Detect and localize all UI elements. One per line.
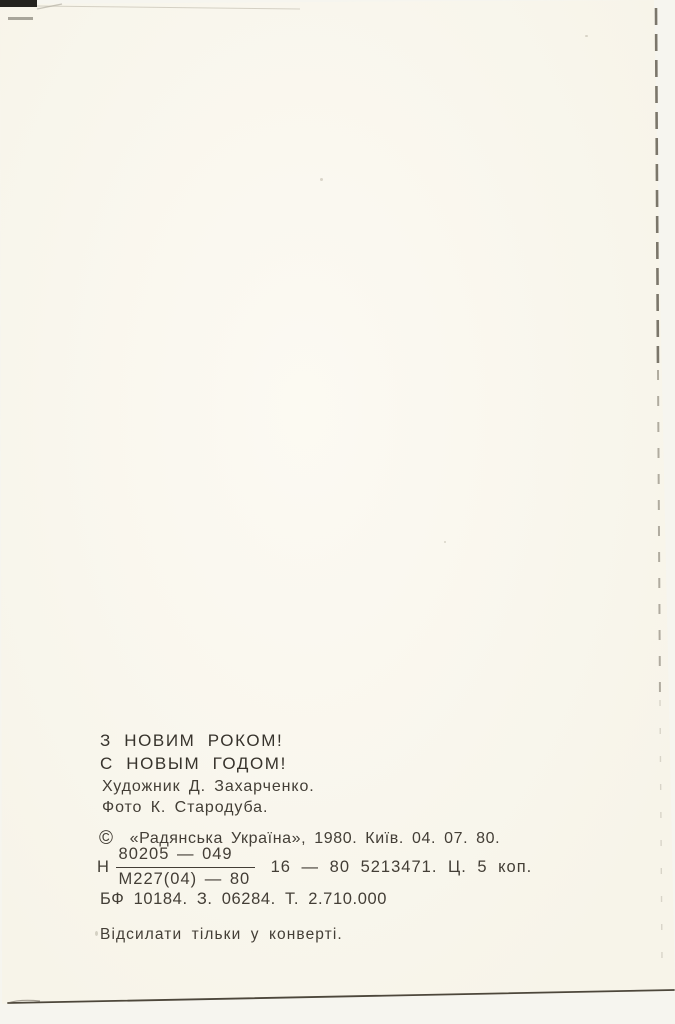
artist-credit: Художник Д. Захарченко. <box>102 778 315 796</box>
greeting-russian: С НОВЫМ ГОДОМ! <box>100 754 287 774</box>
greeting-ukrainian: З НОВИМ РОКОМ! <box>100 731 283 751</box>
mailing-note: Відсилати тільки у конверті. <box>100 926 343 944</box>
catalog-numerator: 80205 — 049 <box>116 845 255 868</box>
catalog-suffix: 16 — 80 5213471. Ц. 5 коп. <box>271 858 533 877</box>
dust-speck <box>444 541 446 543</box>
dust-speck <box>585 35 588 37</box>
catalog-fraction: 80205 — 049 М227(04) — 80 <box>116 845 255 889</box>
dust-speck <box>320 178 323 181</box>
catalog-prefix: Н <box>97 858 110 877</box>
print-run-line: БФ 10184. З. 06284. Т. 2.710.000 <box>100 890 387 909</box>
imprint-block: З НОВИМ РОКОМ! С НОВЫМ ГОДОМ! Художник Д… <box>0 0 675 1024</box>
photo-credit: Фото К. Стародуба. <box>102 799 268 817</box>
catalog-number-row: Н 80205 — 049 М227(04) — 80 16 — 80 5213… <box>97 845 532 889</box>
dust-speck <box>95 931 98 936</box>
catalog-denominator: М227(04) — 80 <box>116 868 255 889</box>
